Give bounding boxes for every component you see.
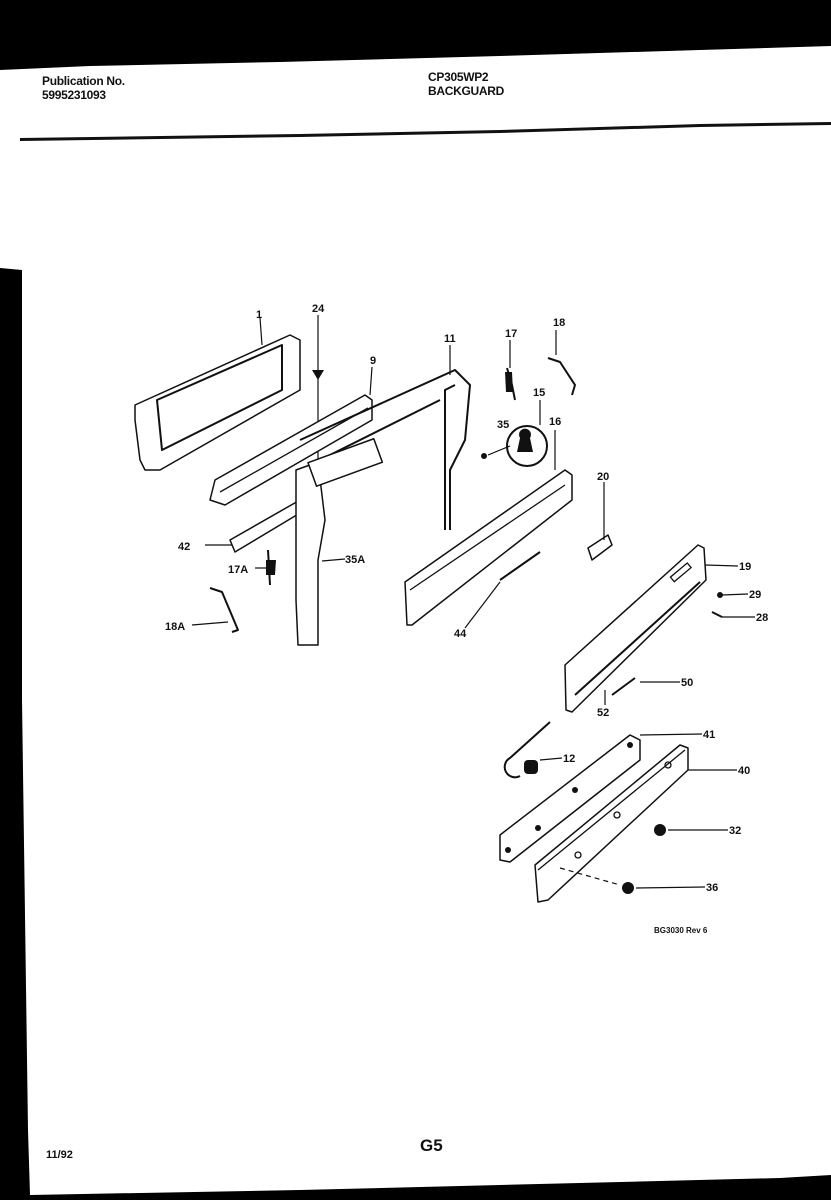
callout-40: 40 [738, 765, 750, 777]
callout-20: 20 [597, 471, 609, 483]
part-28-screw [712, 612, 722, 617]
document-page: Publication No. 5995231093 CP305WP2 BACK… [0, 0, 831, 1200]
callout-19: 19 [739, 561, 751, 573]
callout-9: 9 [370, 355, 376, 367]
callout-36: 36 [706, 882, 718, 894]
callout-32: 32 [729, 825, 741, 837]
callout-15: 15 [533, 387, 545, 399]
callout-35: 35 [497, 419, 509, 431]
part-16-panel [405, 470, 572, 625]
drawing-reference: BG3030 Rev 6 [654, 926, 707, 935]
part-42-rail [230, 500, 305, 552]
part-20-switch [588, 482, 612, 560]
callout-44: 44 [454, 628, 467, 640]
part-18a-bracket [210, 588, 238, 632]
exploded-parts-diagram: 1 24 9 11 17 18 15 35 16 20 42 17A 35A 1… [0, 0, 831, 1200]
part-50-knob-strip [612, 678, 635, 695]
callout-11: 11 [444, 333, 456, 345]
callout-42: 42 [178, 541, 190, 553]
part-12-knob [505, 722, 550, 777]
part-15-lock [481, 426, 547, 466]
callout-1: 1 [256, 309, 262, 321]
callout-35a: 35A [345, 554, 365, 566]
footer-date: 11/92 [46, 1149, 73, 1161]
callout-16: 16 [549, 416, 561, 428]
callout-18: 18 [553, 317, 565, 329]
callout-41: 41 [703, 729, 715, 741]
part-17-clip [505, 368, 515, 400]
callout-17a: 17A [228, 564, 248, 576]
callout-52: 52 [597, 707, 609, 719]
callout-29: 29 [749, 589, 761, 601]
callout-18a: 18A [165, 621, 185, 633]
callout-28: 28 [756, 612, 768, 624]
callout-24: 24 [312, 303, 325, 315]
part-18-bracket [548, 358, 575, 395]
part-11-frame [296, 370, 470, 645]
part-32-screw [654, 824, 666, 836]
callout-50: 50 [681, 677, 693, 689]
callout-12: 12 [563, 753, 575, 765]
part-36-screw [622, 882, 634, 894]
page-number: G5 [420, 1136, 443, 1156]
callout-17: 17 [505, 328, 517, 340]
